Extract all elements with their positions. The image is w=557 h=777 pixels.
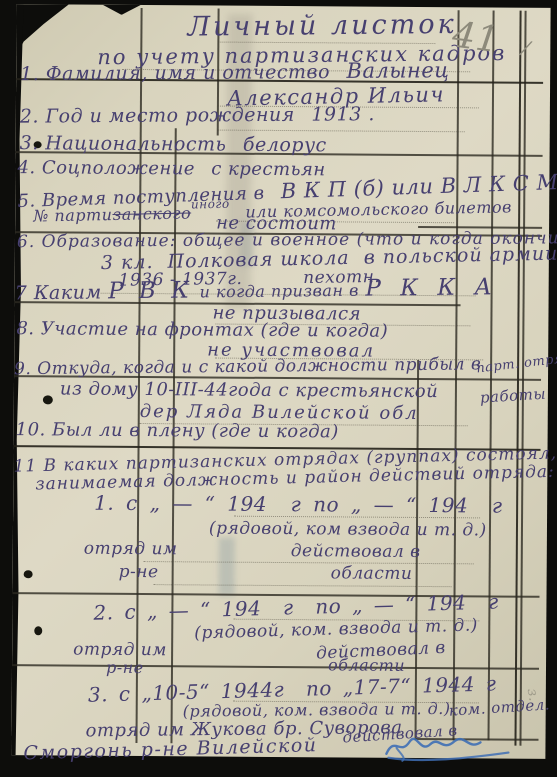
paper-stain (219, 538, 235, 596)
entry3-district-label: Сморгонь р-не Вилейской (23, 736, 318, 764)
entry1-district-label: р-не (119, 564, 159, 582)
field-fronts: 8. Участие на фронтах (где и когда) (16, 320, 388, 341)
corner-pencil-mark: / (520, 37, 533, 59)
q9-value-margin: работы (479, 387, 546, 407)
q4-label: 4. Соцположение (17, 157, 195, 179)
q1-label: 1. Фамилия, имя и отчество (20, 61, 330, 85)
dotted-guide-line (217, 130, 465, 133)
q2-value: 1913 . (311, 103, 375, 125)
q9-value-line1: из дому 10-III-44года с крестьянской (60, 380, 438, 402)
q7-label-mid: и когда призван в (199, 281, 358, 302)
entry1-unit-label: отряд им (84, 541, 178, 559)
signature-scribble (382, 728, 514, 765)
torn-corner (16, 4, 68, 56)
document-title-line1: Личный листок (187, 11, 456, 42)
page-number: 41 (450, 16, 501, 60)
dotted-guide-line (144, 561, 474, 564)
entry2-region-label: области (328, 657, 405, 674)
entry1-hint: (рядовой, ком взвода и т. д.) (209, 521, 487, 541)
punch-hole (43, 395, 53, 404)
q1-value: Валынец (346, 58, 449, 83)
q5-label2-superscript: йного (191, 198, 230, 211)
margin-pencil-mark: з. (524, 687, 541, 702)
q3-value: белорус (243, 134, 327, 157)
photo-background: Личный листок по учету партизанских кадр… (0, 0, 557, 777)
document-paper: Личный листок по учету партизанских кадр… (11, 4, 550, 759)
dotted-guide-line (154, 584, 452, 587)
q5-label2-pre: № парти (33, 205, 113, 226)
punch-hole (34, 626, 42, 635)
paper-edge-nick (103, 5, 141, 15)
punch-hole (24, 570, 33, 578)
q2-label: 2. Год и место рождения (20, 104, 295, 128)
field-arrival: 9. Откуда, когда и с какой должности при… (14, 356, 481, 379)
q4-value: с крестьян (211, 159, 326, 181)
field-captivity: 10. Был ли в плену (где и когда) (16, 421, 339, 442)
field-social-position: 4. Соцположение с крестьян (17, 159, 325, 180)
q7-rkka: Р К К А (365, 274, 498, 301)
field-birth: 2. Год и место рождения 1913 . (20, 105, 375, 127)
field-surname: 1. Фамилия, имя и отчество Валынец (20, 59, 449, 85)
entry1-region-label: области (331, 565, 413, 583)
entry1-dates: 1. с „ — “ 194 г по „ — “ 194 г (94, 493, 503, 517)
q5-label2-struck: занского (112, 204, 191, 225)
entry1-acted-label: действовал в (291, 543, 421, 562)
grid-line (12, 664, 539, 669)
field-nationality: 3. Национальность белорус (20, 134, 327, 156)
q7-rvk: Р В К (108, 277, 193, 304)
grid-line (487, 10, 494, 740)
field-rvk-draft: 7 Каким Р В К и когда призван в Р К К А (15, 275, 498, 304)
q3-label: 3. Национальность (20, 132, 227, 155)
entry2-district-label: р-не (106, 660, 144, 677)
q7-label-pre: 7 Каким (15, 281, 102, 304)
